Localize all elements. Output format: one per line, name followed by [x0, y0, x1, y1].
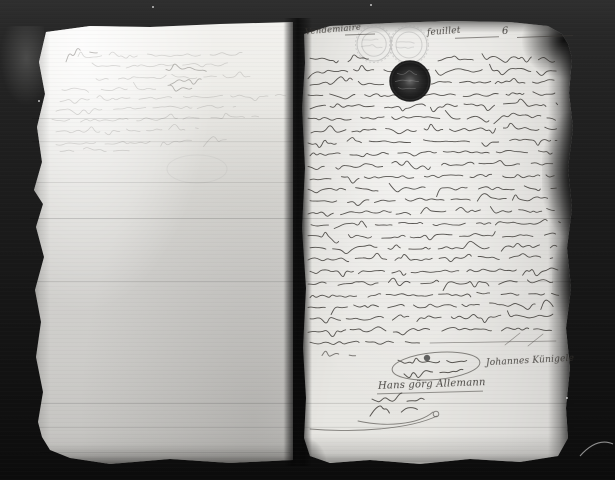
left-page-verso [30, 22, 293, 464]
dust-speck [370, 4, 372, 6]
scanned-document: { "document_description": "Grayscale arc… [0, 0, 615, 480]
bottom-gray-stain [300, 434, 574, 462]
page-gutter-shadow [284, 18, 312, 466]
right-page-recto [300, 18, 574, 468]
dust-speck [566, 397, 568, 399]
scan-background-glow [0, 26, 44, 106]
burned-right-blotch [542, 113, 582, 238]
dust-speck [38, 100, 40, 102]
left-page-bottom-edge [30, 444, 293, 464]
header-folio-number: 6 [502, 26, 509, 37]
scratch-mark [580, 442, 613, 456]
dust-speck [152, 6, 154, 8]
burned-top-right-corner [522, 20, 578, 78]
burned-right-blotch-lower [552, 233, 580, 328]
